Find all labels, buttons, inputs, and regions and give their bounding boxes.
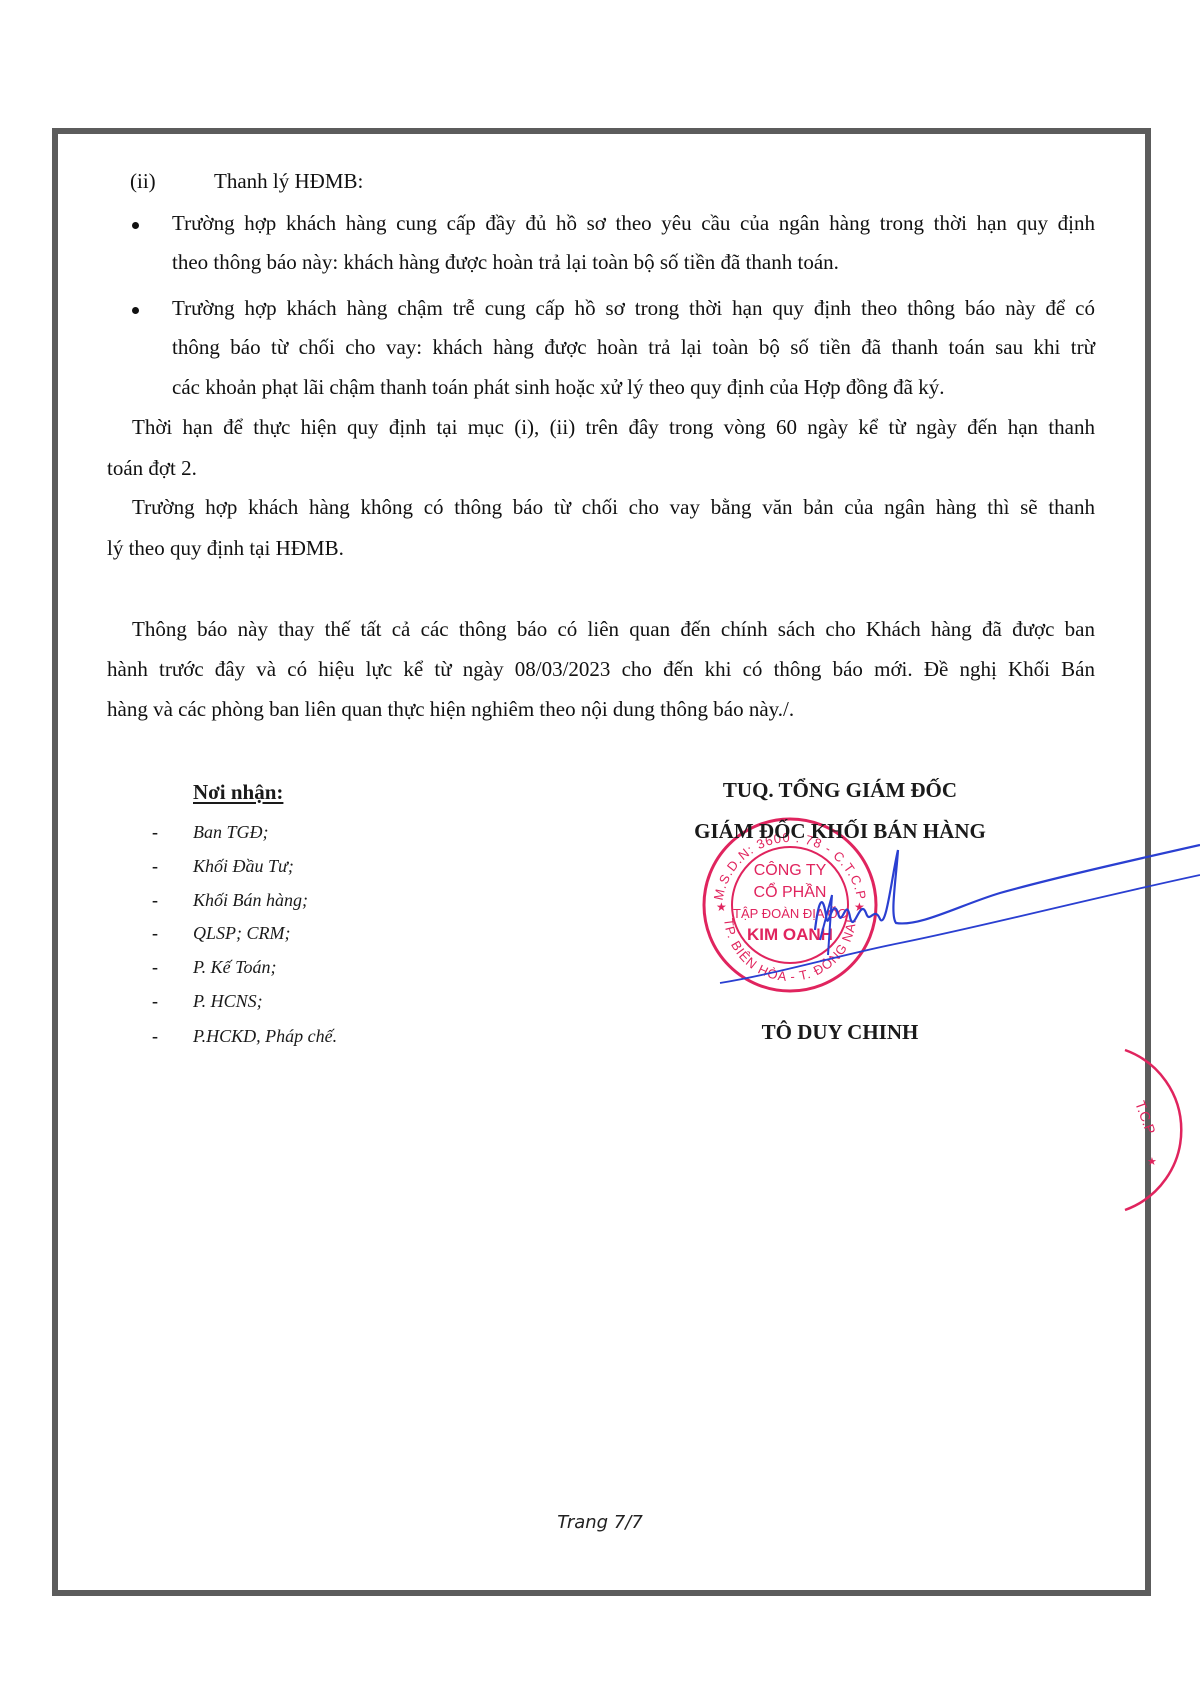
svg-text:★: ★ bbox=[1147, 1156, 1157, 1168]
paragraph-2-line-2: lý theo quy định tại HĐMB. bbox=[107, 535, 344, 561]
bullet-2-line-3: các khoản phạt lãi chậm thanh toán phát … bbox=[172, 374, 944, 400]
svg-text:T.C.P: T.C.P bbox=[1132, 1099, 1159, 1137]
recipient-item: Ban TGĐ; bbox=[193, 822, 269, 843]
recipient-item: Khối Bán hàng; bbox=[193, 890, 308, 911]
bullet-1-line-1: Trường hợp khách hàng cung cấp đầy đủ hồ… bbox=[172, 210, 1095, 236]
bullet-2-line-2: thông báo từ chối cho vay: khách hàng đư… bbox=[172, 334, 1095, 360]
paragraph-1-line-2: toán đợt 2. bbox=[107, 455, 197, 481]
paragraph-3-line-1: Thông báo này thay thế tất cả các thông … bbox=[132, 616, 1095, 642]
dash-icon: - bbox=[152, 957, 158, 978]
signature-title-1: TUQ. TỔNG GIÁM ĐỐC bbox=[640, 778, 1040, 803]
dash-icon: - bbox=[152, 1026, 158, 1047]
dash-icon: - bbox=[152, 890, 158, 911]
dash-icon: - bbox=[152, 923, 158, 944]
dash-icon: - bbox=[152, 856, 158, 877]
section-heading: Thanh lý HĐMB: bbox=[214, 168, 363, 194]
bullet-2-line-1: Trường hợp khách hàng chậm trễ cung cấp … bbox=[172, 295, 1095, 321]
dash-icon: - bbox=[152, 991, 158, 1012]
paragraph-3-line-3: hàng và các phòng ban liên quan thực hiệ… bbox=[107, 696, 794, 722]
dash-icon: - bbox=[152, 822, 158, 843]
partial-stamp-icon: T.C.P ★ bbox=[1105, 1045, 1195, 1215]
recipient-item: QLSP; CRM; bbox=[193, 923, 291, 944]
signer-name: TÔ DUY CHINH bbox=[640, 1020, 1040, 1045]
paragraph-3-line-2: hành trước đây và có hiệu lực kể từ ngày… bbox=[107, 656, 1095, 682]
recipient-item: P.HCKD, Pháp chế. bbox=[193, 1026, 337, 1047]
bullet-1-line-2: theo thông báo này: khách hàng được hoàn… bbox=[172, 249, 839, 275]
bullet-icon bbox=[132, 222, 139, 229]
paragraph-2-line-1: Trường hợp khách hàng không có thông báo… bbox=[132, 494, 1095, 520]
recipient-item: Khối Đầu Tư; bbox=[193, 856, 294, 877]
recipient-item: P. Kế Toán; bbox=[193, 957, 277, 978]
recipients-title: Nơi nhận: bbox=[193, 780, 283, 805]
bullet-icon bbox=[132, 307, 139, 314]
section-marker: (ii) bbox=[130, 168, 156, 194]
paragraph-1-line-1: Thời hạn để thực hiện quy định tại mục (… bbox=[132, 414, 1095, 440]
recipient-item: P. HCNS; bbox=[193, 991, 263, 1012]
page-number: Trang 7/7 bbox=[0, 1512, 1200, 1533]
signature-icon bbox=[700, 835, 1200, 995]
